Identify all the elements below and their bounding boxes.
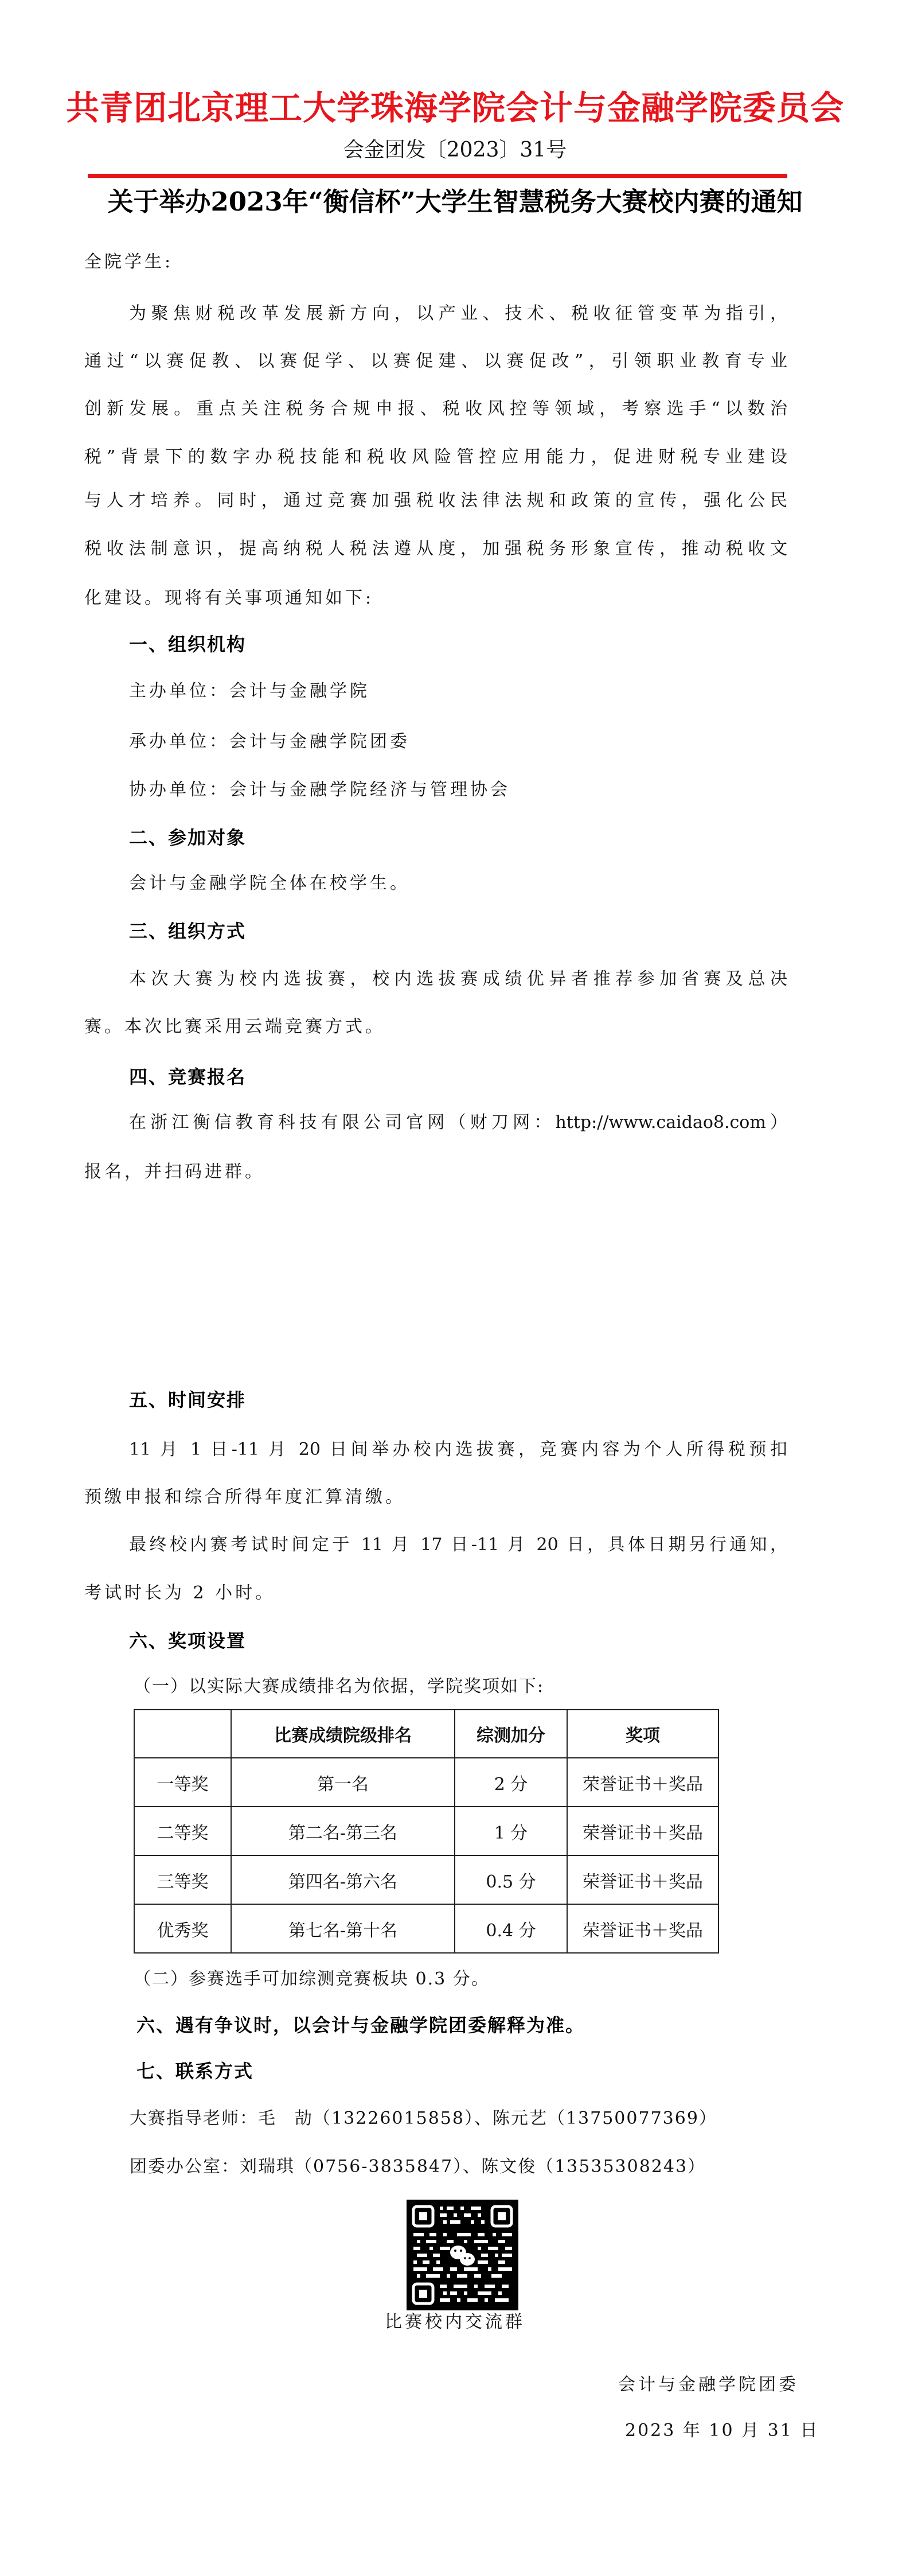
salutation: 全院学生: — [84, 250, 173, 275]
organizer-line: 承办单位：会计与金融学院团委 — [129, 729, 410, 754]
intro-line: 与人才培养。同时，通过竞赛加强税收法律法规和政策的宣传，强化公民 — [84, 488, 787, 513]
signature: 会计与金融学院团委 — [618, 2372, 799, 2398]
section-heading-format: 三、组织方式 — [129, 919, 246, 944]
participants-line: 会计与金融学院全体在校学生。 — [129, 871, 410, 896]
award-points: 0.5 分 — [455, 1855, 567, 1904]
dispute-heading: 六、遇有争议时，以会计与金融学院团委解释为准。 — [136, 2013, 585, 2038]
section-heading-organization: 一、组织机构 — [129, 632, 246, 657]
award-rank: 第四名-第六名 — [231, 1855, 455, 1904]
contact-line-advisors: 大赛指导老师：毛 劼（13226015858）、陈元艺（13750077369） — [130, 2106, 717, 2131]
award-points: 1 分 — [455, 1807, 567, 1855]
section-heading-registration: 四、竞赛报名 — [129, 1064, 246, 1089]
doc-number: 会金团发〔2023〕31号 — [0, 135, 910, 165]
award-rank: 第七名-第十名 — [231, 1904, 455, 1953]
intro-line: 通过“以赛促教、以赛促学、以赛促建、以赛促改”，引领职业教育专业 — [84, 349, 787, 374]
award-rank: 第一名 — [231, 1758, 455, 1807]
award-prize: 荣誉证书＋奖品 — [567, 1855, 718, 1904]
intro-line: 税”背景下的数字办税技能和税收风险管控应用能力，促进财税专业建设 — [84, 445, 787, 470]
red-divider — [88, 174, 787, 178]
contact-line-office: 团委办公室：刘瑞琪（0756-3835847）、陈文俊（13535308243） — [130, 2154, 706, 2180]
notice-title: 关于举办2023年“衡信杯”大学生智慧税务大赛校内赛的通知 — [0, 185, 910, 219]
registration-link-line[interactable]: 在浙江衡信教育科技有限公司官网（财刀网：http://www.caidao8.c… — [129, 1110, 787, 1135]
award-level: 一等奖 — [134, 1758, 231, 1807]
registration-line: 报名，并扫码进群。 — [84, 1159, 265, 1185]
organizer-line: 主办单位：会计与金融学院 — [129, 679, 370, 704]
award-level: 优秀奖 — [134, 1904, 231, 1953]
section-heading-contact: 七、联系方式 — [136, 2059, 253, 2084]
awards-table: 比赛成绩院级排名 综测加分 奖项 一等奖 第一名 2 分 荣誉证书＋奖品 二等奖… — [134, 1709, 719, 1954]
schedule-line: 最终校内赛考试时间定于 11 月 17 日-11 月 20 日，具体日期另行通知… — [129, 1532, 787, 1558]
section-heading-participants: 二、参加对象 — [129, 825, 246, 850]
table-row: 二等奖 第二名-第三名 1 分 荣誉证书＋奖品 — [134, 1807, 718, 1855]
issue-date: 2023 年 10 月 31 日 — [625, 2418, 819, 2443]
award-prize: 荣誉证书＋奖品 — [567, 1904, 718, 1953]
wechat-qr-code-icon[interactable] — [407, 2200, 518, 2310]
schedule-line: 11 月 1 日-11 月 20 日间举办校内选拔赛，竞赛内容为个人所得税预扣 — [129, 1437, 787, 1462]
awards-table-header: 奖项 — [567, 1710, 718, 1758]
organizer-line: 协办单位：会计与金融学院经济与管理协会 — [129, 777, 510, 803]
award-prize: 荣誉证书＋奖品 — [567, 1807, 718, 1855]
awards-table-header: 综测加分 — [455, 1710, 567, 1758]
award-level: 三等奖 — [134, 1855, 231, 1904]
awards-table-header: 比赛成绩院级排名 — [231, 1710, 455, 1758]
intro-line: 化建设。现将有关事项通知如下: — [84, 586, 374, 611]
award-prize: 荣誉证书＋奖品 — [567, 1758, 718, 1807]
qr-caption: 比赛校内交流群 — [0, 2310, 910, 2335]
table-row: 三等奖 第四名-第六名 0.5 分 荣誉证书＋奖品 — [134, 1855, 718, 1904]
awards-note: （二）参赛选手可加综测竞赛板块 0.3 分。 — [134, 1967, 490, 1992]
org-title: 共青团北京理工大学珠海学院会计与金融学院委员会 — [0, 86, 910, 130]
intro-line: 税收法制意识，提高纳税人税法遵从度，加强税务形象宣传，推动税收文 — [84, 536, 787, 562]
table-row: 优秀奖 第七名-第十名 0.4 分 荣誉证书＋奖品 — [134, 1904, 718, 1953]
award-points: 0.4 分 — [455, 1904, 567, 1953]
intro-line: 为聚焦财税改革发展新方向，以产业、技术、税收征管变革为指引， — [129, 301, 787, 326]
awards-table-header — [134, 1710, 231, 1758]
awards-table-intro: （一）以实际大赛成绩排名为依据，学院奖项如下: — [134, 1674, 544, 1699]
intro-line: 创新发展。重点关注税务合规申报、税收风控等领域，考察选手“以数治 — [84, 396, 787, 422]
award-level: 二等奖 — [134, 1807, 231, 1855]
format-line: 本次大赛为校内选拔赛，校内选拔赛成绩优异者推荐参加省赛及总决 — [129, 967, 787, 992]
schedule-line: 考试时长为 2 小时。 — [84, 1581, 275, 1606]
schedule-line: 预缴申报和综合所得年度汇算清缴。 — [84, 1485, 405, 1510]
section-heading-schedule: 五、时间安排 — [129, 1387, 246, 1412]
award-points: 2 分 — [455, 1758, 567, 1807]
section-heading-awards: 六、奖项设置 — [129, 1628, 246, 1653]
format-line: 赛。本次比赛采用云端竞赛方式。 — [84, 1014, 385, 1040]
table-row: 一等奖 第一名 2 分 荣誉证书＋奖品 — [134, 1758, 718, 1807]
award-rank: 第二名-第三名 — [231, 1807, 455, 1855]
awards-table-header-row: 比赛成绩院级排名 综测加分 奖项 — [134, 1710, 718, 1758]
